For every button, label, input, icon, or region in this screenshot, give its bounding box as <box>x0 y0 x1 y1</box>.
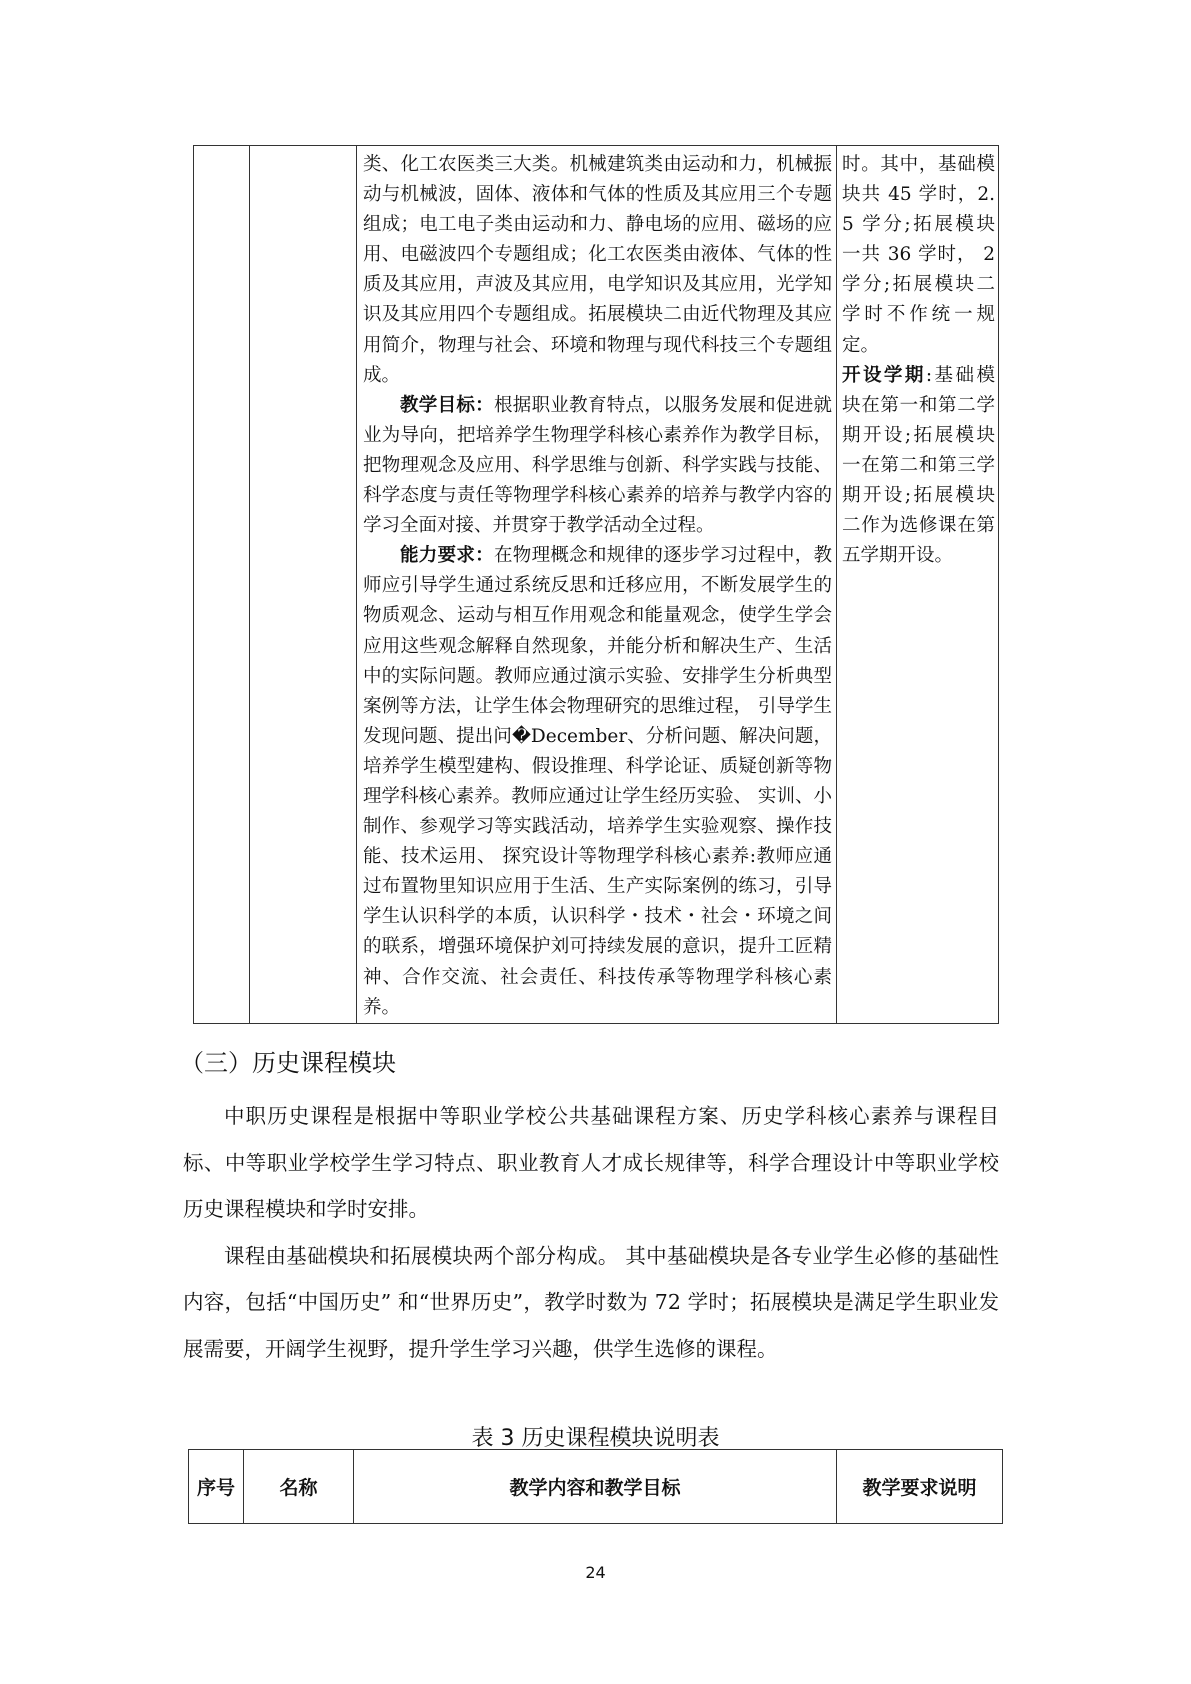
content-teaching-goal: 教学目标：根据职业教育特点，以服务发展和促进就业为导向，把培养学生物理学科核心素… <box>363 391 832 541</box>
term-text: :基础模块在第一和第二学期开设;拓展模块一在第二和第三学期开设;拓展模块二作为选… <box>842 365 995 567</box>
table-caption: 表 3 历史课程模块说明表 <box>0 1421 1191 1452</box>
header-index: 序号 <box>189 1450 244 1524</box>
table-cell-content: 类、化工农医类三大类。机械建筑类由运动和力，机械振动与机械波，固体、液体和气体的… <box>357 146 837 1024</box>
ability-text: 在物理概念和规律的逐步学习过程中，教师应引导学生通过系统反思和迁移应用，不断发展… <box>363 545 832 1017</box>
header-content-goals: 教学内容和教学目标 <box>354 1450 837 1524</box>
content-ability-requirement: 能力要求：在物理概念和规律的逐步学习过程中，教师应引导学生通过系统反思和迁移应用… <box>363 541 832 1023</box>
header-requirements: 教学要求说明 <box>837 1450 1003 1524</box>
section-body: 中职历史课程是根据中等职业学校公共基础课程方案、历史学科核心素养与课程目标、中等… <box>183 1093 999 1373</box>
section-heading: （三）历史课程模块 <box>180 1043 396 1078</box>
content-intro-tail: 类、化工农医类三大类。机械建筑类由运动和力，机械振动与机械波，固体、液体和气体的… <box>363 150 832 391</box>
table-cell-name <box>250 146 357 1024</box>
paragraph: 课程由基础模块和拓展模块两个部分构成。 其中基础模块是各专业学生必修的基础性内容… <box>183 1233 999 1373</box>
term-label: 开设学期 <box>842 365 926 386</box>
table-cell-index <box>194 146 250 1024</box>
table-cell-requirements: 时。其中，基础模块共 45 学时，2.5 学分;拓展模块一共 36 学时， 2 … <box>837 146 999 1024</box>
ability-label: 能力要求： <box>400 545 494 566</box>
history-module-table: 序号 名称 教学内容和教学目标 教学要求说明 <box>188 1449 1003 1524</box>
header-name: 名称 <box>244 1450 354 1524</box>
requirements-hours: 时。其中，基础模块共 45 学时，2.5 学分;拓展模块一共 36 学时， 2 … <box>842 150 995 361</box>
requirements-term: 开设学期:基础模块在第一和第二学期开设;拓展模块一在第二和第三学期开设;拓展模块… <box>842 361 995 572</box>
physics-module-table-continued: 类、化工农医类三大类。机械建筑类由运动和力，机械振动与机械波，固体、液体和气体的… <box>193 145 999 1024</box>
page-number: 24 <box>0 1563 1191 1582</box>
paragraph: 中职历史课程是根据中等职业学校公共基础课程方案、历史学科核心素养与课程目标、中等… <box>183 1093 999 1233</box>
table-header-row: 序号 名称 教学内容和教学目标 教学要求说明 <box>189 1450 1003 1524</box>
teaching-goal-label: 教学目标： <box>400 395 494 416</box>
